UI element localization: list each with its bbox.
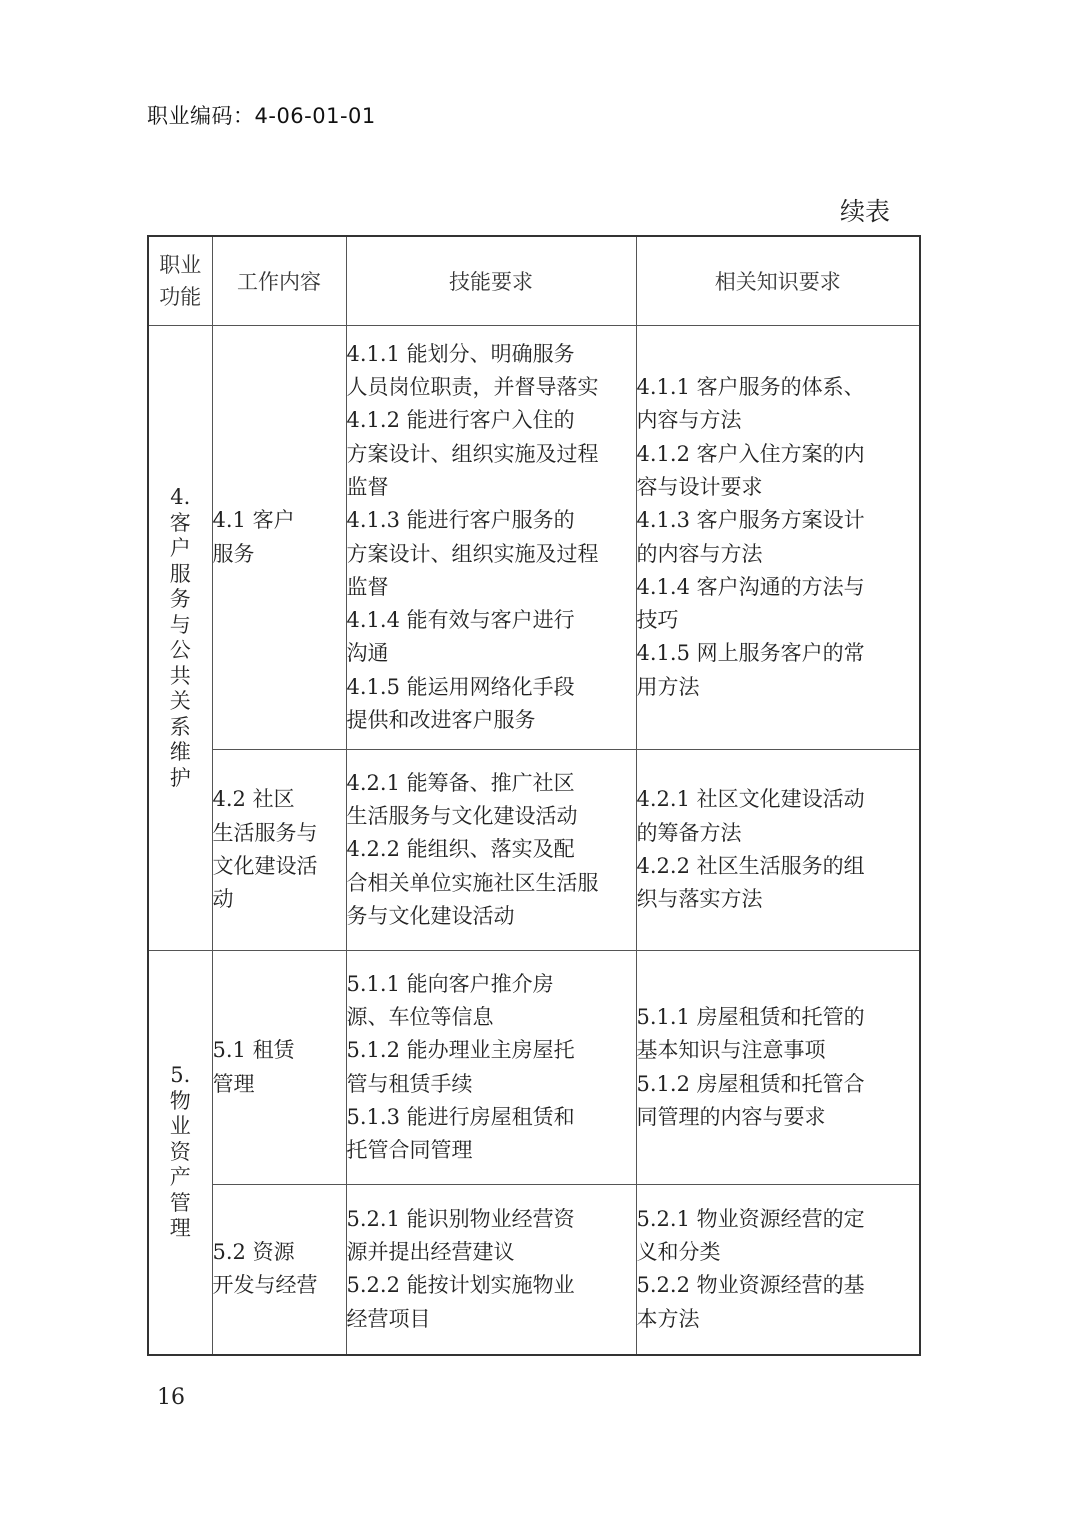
column-header-skills: 技能要求: [346, 236, 636, 326]
table-row: 5.2 资源 开发与经营 5.2.1 能识别物业经营资 源并提出经营建议 5.2…: [148, 1185, 920, 1355]
function-cell-4: 4. 客户服务与公共关系维护: [148, 326, 212, 951]
work-content-cell: 5.2 资源 开发与经营: [212, 1185, 346, 1355]
table-row: 4.2 社区 生活服务与 文化建设活 动 4.2.1 能筹备、推广社区 生活服务…: [148, 750, 920, 951]
table-row: 4. 客户服务与公共关系维护 4.1 客户 服务 4.1.1 能划分、明确服务 …: [148, 326, 920, 750]
knowledge-cell: 5.2.1 物业资源经营的定 义和分类 5.2.2 物业资源经营的基 本方法: [636, 1185, 920, 1355]
column-header-knowledge: 相关知识要求: [636, 236, 920, 326]
function-cell-5: 5. 物业资产管理: [148, 951, 212, 1355]
skills-cell: 4.2.1 能筹备、推广社区 生活服务与文化建设活动 4.2.2 能组织、落实及…: [346, 750, 636, 951]
skills-cell: 5.1.1 能向客户推介房 源、车位等信息 5.1.2 能办理业主房屋托 管与租…: [346, 951, 636, 1185]
work-content-cell: 5.1 租赁 管理: [212, 951, 346, 1185]
knowledge-cell: 5.1.1 房屋租赁和托管的 基本知识与注意事项 5.1.2 房屋租赁和托管合 …: [636, 951, 920, 1185]
function-number: 5.: [149, 1063, 212, 1089]
table-row: 5. 物业资产管理 5.1 租赁 管理 5.1.1 能向客户推介房 源、车位等信…: [148, 951, 920, 1185]
page-number: 16: [157, 1385, 185, 1410]
table-header-row: 职业 功能 工作内容 技能要求 相关知识要求: [148, 236, 920, 326]
work-content-cell: 4.2 社区 生活服务与 文化建设活 动: [212, 750, 346, 951]
function-name: 客户服务与公共关系维护: [168, 511, 192, 792]
knowledge-cell: 4.1.1 客户服务的体系、 内容与方法 4.1.2 客户入住方案的内 容与设计…: [636, 326, 920, 750]
function-number: 4.: [149, 485, 212, 511]
continued-table-label: 续表: [840, 192, 890, 228]
skills-cell: 4.1.1 能划分、明确服务 人员岗位职责，并督导落实 4.1.2 能进行客户入…: [346, 326, 636, 750]
knowledge-cell: 4.2.1 社区文化建设活动 的筹备方法 4.2.2 社区生活服务的组 织与落实…: [636, 750, 920, 951]
function-name: 物业资产管理: [168, 1089, 192, 1242]
skills-cell: 5.2.1 能识别物业经营资 源并提出经营建议 5.2.2 能按计划实施物业 经…: [346, 1185, 636, 1355]
occupation-skills-table: 职业 功能 工作内容 技能要求 相关知识要求 4. 客户服务与公共关系维护 4.…: [147, 235, 921, 1356]
column-header-function: 职业 功能: [148, 236, 212, 326]
occupation-code: 职业编码：4-06-01-01: [147, 100, 376, 130]
work-content-cell: 4.1 客户 服务: [212, 326, 346, 750]
column-header-work-content: 工作内容: [212, 236, 346, 326]
